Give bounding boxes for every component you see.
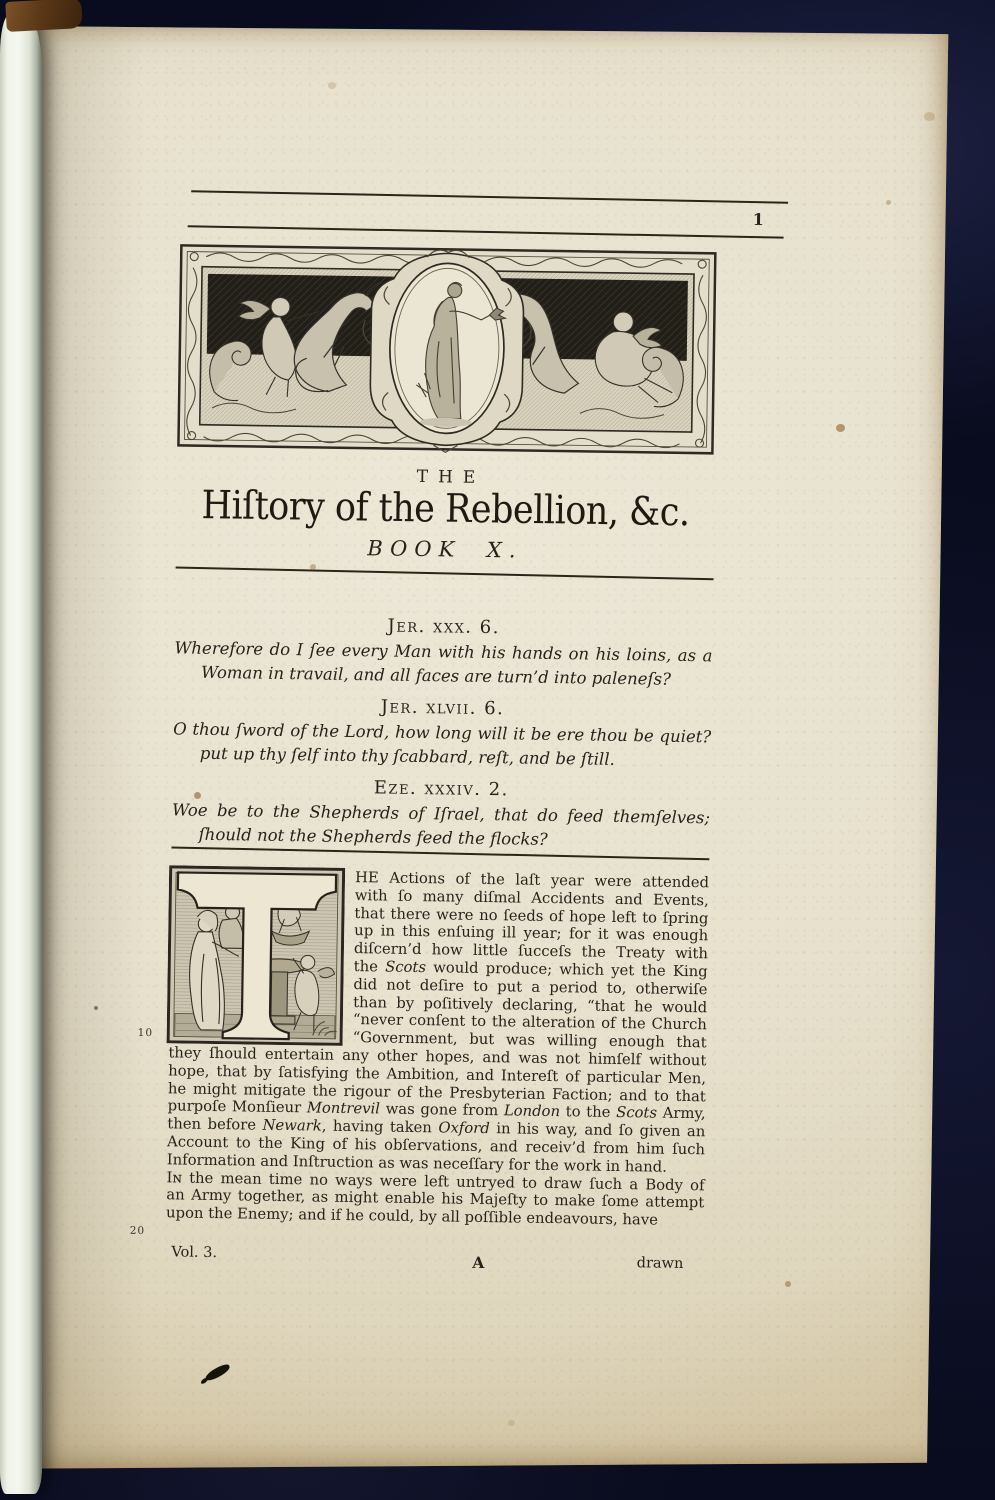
curled-page-edge [0, 14, 42, 1494]
margin-line-number-10: 10 [138, 1027, 154, 1039]
page-title: Hiſtory of the Rebellion, &c. [176, 483, 715, 536]
book-number: BOOK X. [176, 533, 714, 565]
epigraph: Eze. xxxiv. 2.Woe be to the Shepherds of… [171, 773, 710, 853]
binding-leather-fragment [5, 0, 82, 32]
drop-cap-engraving [167, 865, 346, 1046]
margin-line-number-20: 20 [130, 1225, 146, 1237]
title-rule [176, 566, 714, 580]
book-page: 1 [28, 24, 952, 1470]
header-rule-top [191, 190, 788, 203]
catchword: drawn [637, 1255, 684, 1272]
photo-background: 1 [0, 0, 995, 1500]
headpiece-engraving [175, 241, 718, 457]
epigraph: Jer. xxx. 6.Wherefore do I ſee every Man… [174, 611, 713, 691]
body-paragraphs: HE Actions of the laſt year were attende… [166, 866, 709, 1230]
scripture-epigraphs: Jer. xxx. 6.Wherefore do I ſee every Man… [171, 611, 713, 862]
page-footer: Vol. 3. A drawn [165, 1244, 703, 1274]
page-number: 1 [739, 210, 779, 230]
epigraph: Jer. xlvii. 6.O thou ſword of the Lord, … [173, 692, 712, 772]
volume-label: Vol. 3. [171, 1244, 217, 1261]
text-column: THE Hiſtory of the Rebellion, &c. BOOK X… [165, 463, 715, 1301]
header-rule-bottom [188, 225, 784, 238]
page-content: 1 [14, 17, 959, 1477]
signature-mark: A [472, 1253, 484, 1272]
